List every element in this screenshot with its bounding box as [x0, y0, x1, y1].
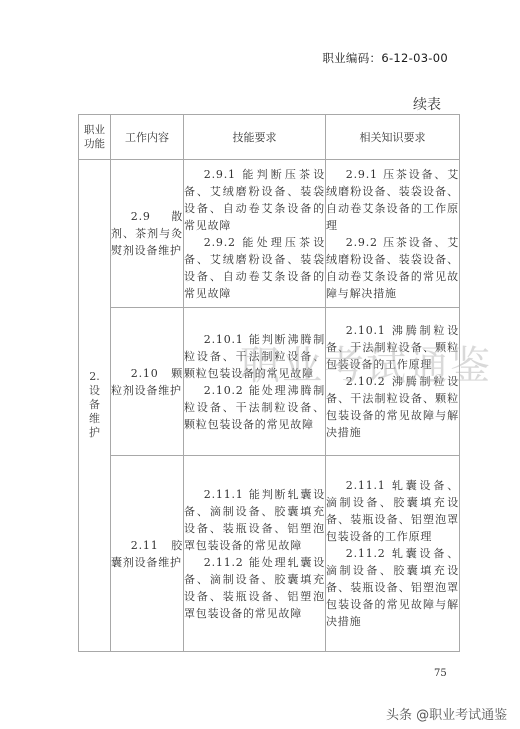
skill-cell: 2.10.1 能判断沸腾制粒设备、干法制粒设备、颗粒包装设备的常见故障 2.10… — [184, 308, 326, 456]
function-char: 设 — [89, 384, 100, 398]
knowledge-item: 2.10.2 沸腾制粒设备、干法制粒设备、颗粒包装设备的常见故障与解决措施 — [326, 373, 459, 441]
skill-item: 2.11.2 能处理轧囊设备、滴制设备、胶囊填充设备、装瓶设备、铝塑泡罩包装设备… — [184, 554, 325, 622]
header-function-line2: 功能 — [84, 138, 105, 150]
function-number: 2. — [89, 370, 100, 384]
function-cell: 2. 设 备 维 护 — [79, 160, 111, 652]
footer-watermark: 头条 @职业考试通鉴 — [386, 704, 507, 723]
knowledge-item: 2.11.1 轧囊设备、滴制设备、胶囊填充设备、装瓶设备、铝塑泡罩包装设备的工作… — [326, 477, 459, 545]
table-row: 2.10 颗粒剂设备维护 2.10.1 能判断沸腾制粒设备、干法制粒设备、颗粒包… — [79, 308, 460, 456]
function-char: 备 — [89, 398, 100, 412]
knowledge-item: 2.9.2 压茶设备、艾绒磨粉设备、装袋设备、自动卷艾条设备的常见故障与解决措施 — [326, 234, 459, 302]
continued-table-label: 续表 — [413, 94, 441, 114]
work-content-cell: 2.10 颗粒剂设备维护 — [111, 308, 184, 456]
function-char: 维 — [89, 412, 100, 426]
header-knowledge-requirements: 相关知识要求 — [326, 115, 460, 160]
header-skill-requirements: 技能要求 — [184, 115, 326, 160]
work-content-text: 2.11 胶囊剂设备维护 — [111, 537, 183, 571]
table-header-row: 职业 功能 工作内容 技能要求 相关知识要求 — [79, 115, 460, 160]
work-content-cell: 2.11 胶囊剂设备维护 — [111, 456, 184, 652]
knowledge-cell: 2.10.1 沸腾制粒设备、干法制粒设备、颗粒包装设备的工作原理 2.10.2 … — [326, 308, 460, 456]
knowledge-item: 2.11.2 轧囊设备、滴制设备、胶囊填充设备、装瓶设备、铝塑泡罩包装设备的常见… — [326, 545, 459, 630]
skill-cell: 2.11.1 能判断轧囊设备、滴制设备、胶囊填充设备、装瓶设备、铝塑泡罩包装设备… — [184, 456, 326, 652]
table-row: 2.11 胶囊剂设备维护 2.11.1 能判断轧囊设备、滴制设备、胶囊填充设备、… — [79, 456, 460, 652]
work-content-cell: 2.9 散剂、茶剂与灸熨剂设备维护 — [111, 160, 184, 308]
header-work-content: 工作内容 — [111, 115, 184, 160]
work-content-text: 2.10 颗粒剂设备维护 — [111, 365, 183, 399]
knowledge-item: 2.10.1 沸腾制粒设备、干法制粒设备、颗粒包装设备的工作原理 — [326, 322, 459, 373]
function-char: 护 — [89, 426, 100, 440]
header-function: 职业 功能 — [79, 115, 111, 160]
skill-item: 2.9.1 能判断压茶设备、艾绒磨粉设备、装袋设备、自动卷艾条设备的常见故障 — [184, 166, 325, 234]
occupation-standard-table: 职业 功能 工作内容 技能要求 相关知识要求 2. 设 备 维 护 2.9 散剂… — [78, 114, 460, 652]
table-row: 2. 设 备 维 护 2.9 散剂、茶剂与灸熨剂设备维护 2.9.1 能判断压茶… — [79, 160, 460, 308]
header-function-line1: 职业 — [84, 124, 105, 136]
skill-cell: 2.9.1 能判断压茶设备、艾绒磨粉设备、装袋设备、自动卷艾条设备的常见故障 2… — [184, 160, 326, 308]
work-content-text: 2.9 散剂、茶剂与灸熨剂设备维护 — [111, 208, 183, 259]
knowledge-cell: 2.9.1 压茶设备、艾绒磨粉设备、装袋设备、自动卷艾条设备的工作原理 2.9.… — [326, 160, 460, 308]
skill-item: 2.10.1 能判断沸腾制粒设备、干法制粒设备、颗粒包装设备的常见故障 — [184, 331, 325, 382]
skill-item: 2.11.1 能判断轧囊设备、滴制设备、胶囊填充设备、装瓶设备、铝塑泡罩包装设备… — [184, 486, 325, 554]
knowledge-item: 2.9.1 压茶设备、艾绒磨粉设备、装袋设备、自动卷艾条设备的工作原理 — [326, 166, 459, 234]
knowledge-cell: 2.11.1 轧囊设备、滴制设备、胶囊填充设备、装瓶设备、铝塑泡罩包装设备的工作… — [326, 456, 460, 652]
page-number: 75 — [434, 668, 447, 679]
occupation-code: 职业编码：6-12-03-00 — [322, 50, 448, 66]
skill-item: 2.9.2 能处理压茶设备、艾绒磨粉设备、装袋设备、自动卷艾条设备的常见故障 — [184, 234, 325, 302]
skill-item: 2.10.2 能处理沸腾制粒设备、干法制粒设备、颗粒包装设备的常见故障 — [184, 382, 325, 433]
